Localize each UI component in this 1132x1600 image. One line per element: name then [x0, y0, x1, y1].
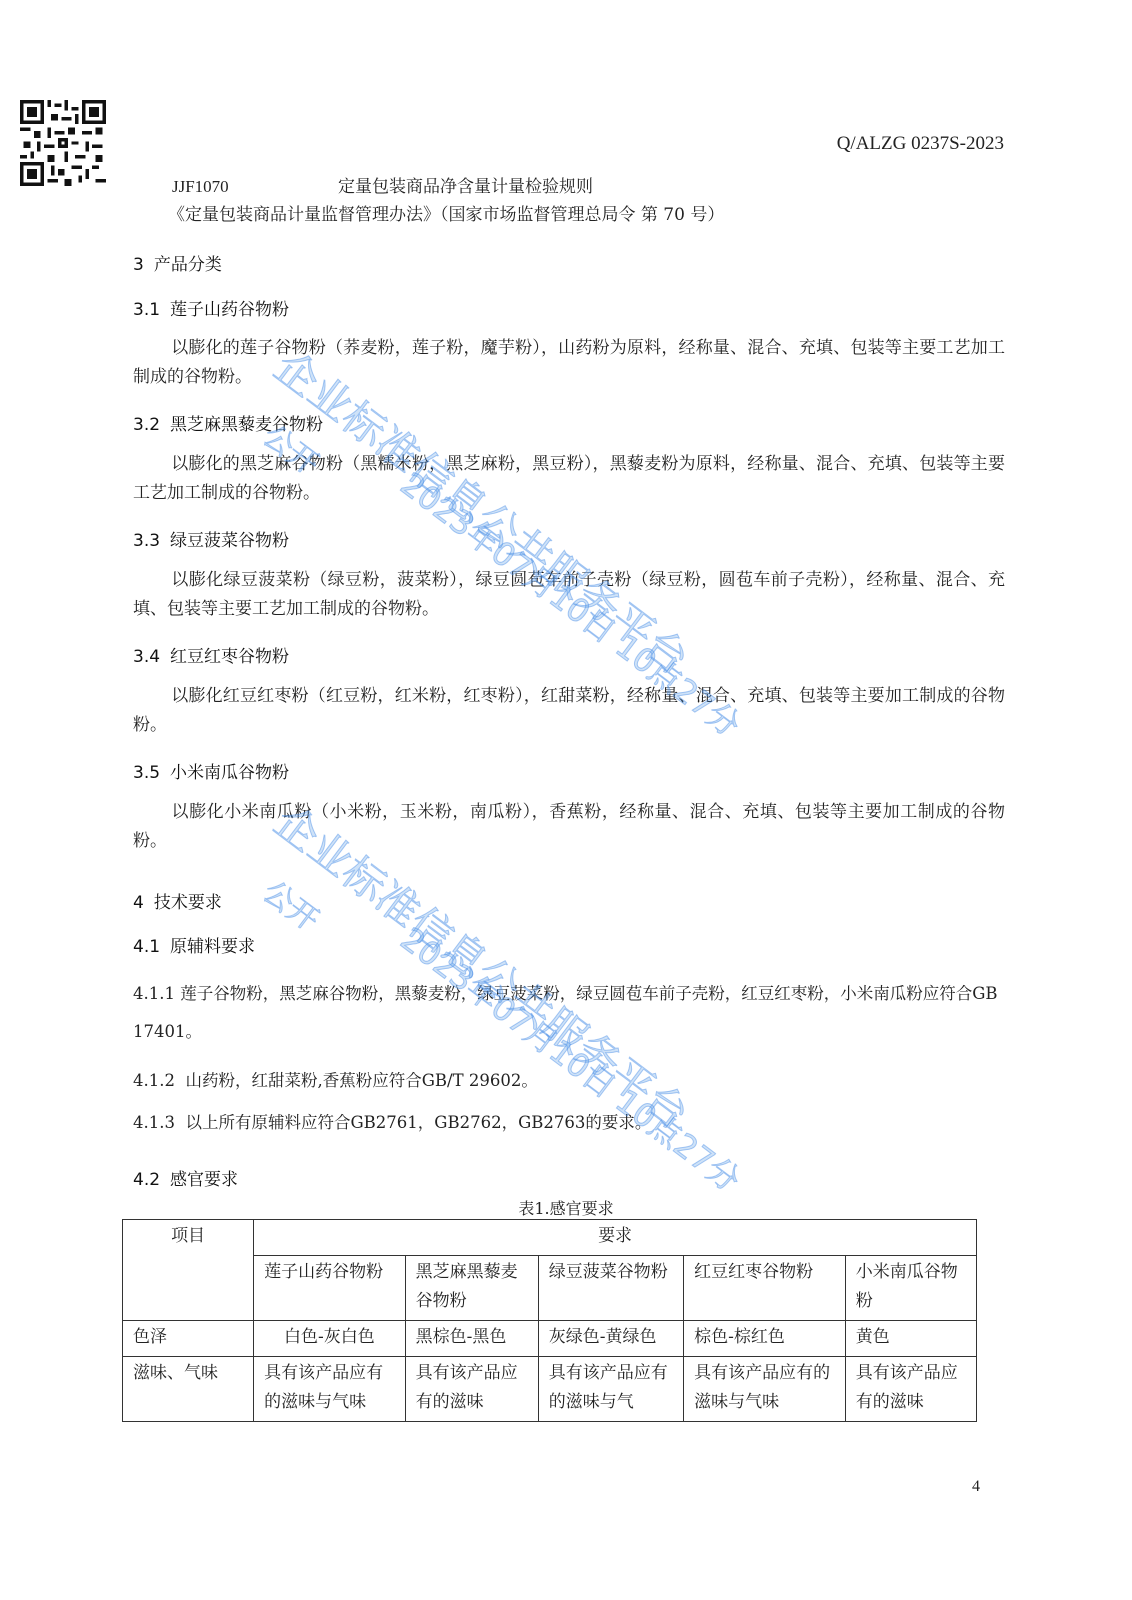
- table-cell: 具有该产品应有的滋味: [845, 1357, 976, 1422]
- table-cell: 黑棕色-黑色: [405, 1321, 538, 1357]
- section-3-heading: 3产品分类: [133, 250, 222, 275]
- table-cell: 具有该产品应有的滋味与气味: [254, 1357, 405, 1422]
- page-number: 4: [972, 1478, 980, 1496]
- qr-code-icon: [20, 100, 106, 186]
- table-cell: 具有该产品应有的滋味与气: [538, 1357, 683, 1422]
- header-item: 项目: [123, 1220, 254, 1321]
- table-caption: 表1.感官要求: [0, 1196, 1132, 1219]
- row-item: 滋味、气味: [123, 1357, 254, 1422]
- section-3-1-heading: 3.1莲子山药谷物粉: [133, 295, 289, 320]
- column-header: 黑芝麻黑藜麦谷物粉: [405, 1256, 538, 1321]
- table-cell: 黄色: [845, 1321, 976, 1357]
- column-header: 红豆红枣谷物粉: [684, 1256, 846, 1321]
- table-row: 滋味、气味 具有该产品应有的滋味与气味 具有该产品应有的滋味 具有该产品应有的滋…: [123, 1357, 977, 1422]
- section-3-5-text: 以膨化小米南瓜粉（小米粉，玉米粉，南瓜粉），香蕉粉，经称量、混合、充填、包装等主…: [133, 798, 1005, 856]
- section-3-3-heading: 3.3绿豆菠菜谷物粉: [133, 526, 289, 551]
- reference-jjf1070: JJF1070定量包装商品净含量计量检验规则: [172, 172, 593, 197]
- watermark-public: 公开: [256, 868, 330, 939]
- table-row: 色泽 白色-灰白色 黑棕色-黑色 灰绿色-黄绿色 棕色-棕红色 黄色: [123, 1321, 977, 1357]
- section-3-3-text: 以膨化绿豆菠菜粉（绿豆粉，菠菜粉），绿豆圆苞车前子壳粉（绿豆粉，圆苞车前子壳粉）…: [133, 566, 1005, 624]
- section-3-2-text: 以膨化的黑芝麻谷物粉（黑糯米粉，黑芝麻粉，黑豆粉），黑藜麦粉为原料，经称量、混合…: [133, 450, 1005, 508]
- table-cell: 具有该产品应有的滋味与气味: [684, 1357, 846, 1422]
- section-3-2-heading: 3.2黑芝麻黑藜麦谷物粉: [133, 410, 323, 435]
- clause-4-1-3: 4.1.3 以上所有原辅料应符合GB2761，GB2762，GB2763的要求。: [133, 1104, 1005, 1142]
- section-4-1-heading: 4.1原辅料要求: [133, 932, 255, 957]
- section-3-1-text: 以膨化的莲子谷物粉（荞麦粉，莲子粉，魔芋粉），山药粉为原料，经称量、混合、充填、…: [133, 334, 1005, 392]
- table-header-row: 项目 要求: [123, 1220, 977, 1256]
- table-cell: 灰绿色-黄绿色: [538, 1321, 683, 1357]
- reference-code: JJF1070: [172, 177, 338, 197]
- standard-number: Q/ALZG 0237S-2023: [837, 133, 1004, 155]
- table-cell: 具有该产品应有的滋味: [405, 1357, 538, 1422]
- section-4-2-heading: 4.2感官要求: [133, 1165, 238, 1190]
- clause-4-1-2: 4.1.2 山药粉，红甜菜粉,香蕉粉应符合GB/T 29602。: [133, 1062, 1005, 1100]
- row-item: 色泽: [123, 1321, 254, 1357]
- section-3-4-heading: 3.4红豆红枣谷物粉: [133, 642, 289, 667]
- table-cell: 棕色-棕红色: [684, 1321, 846, 1357]
- header-group: 要求: [254, 1220, 977, 1256]
- reference-title: 定量包装商品净含量计量检验规则: [338, 177, 593, 197]
- watermark-timestamp: 2023年07月10日 10点27分: [392, 915, 751, 1201]
- sensory-requirements-table: 项目 要求 莲子山药谷物粉 黑芝麻黑藜麦谷物粉 绿豆菠菜谷物粉 红豆红枣谷物粉 …: [122, 1219, 977, 1422]
- section-3-4-text: 以膨化红豆红枣粉（红豆粉，红米粉，红枣粉），红甜菜粉，经称量、混合、充填、包装等…: [133, 682, 1005, 740]
- column-header: 小米南瓜谷物粉: [845, 1256, 976, 1321]
- reference-regulation: 《定量包装商品计量监督管理办法》（国家市场监督管理总局令 第 70 号）: [168, 200, 724, 225]
- section-4-heading: 4技术要求: [133, 888, 222, 913]
- section-3-5-heading: 3.5小米南瓜谷物粉: [133, 758, 289, 783]
- table-cell: 白色-灰白色: [254, 1321, 405, 1357]
- clause-4-1-1: 4.1.1 莲子谷物粉，黑芝麻谷物粉，黑藜麦粉，绿豆菠菜粉，绿豆圆苞车前子壳粉，…: [133, 975, 1005, 1051]
- column-header: 莲子山药谷物粉: [254, 1256, 405, 1321]
- column-header: 绿豆菠菜谷物粉: [538, 1256, 683, 1321]
